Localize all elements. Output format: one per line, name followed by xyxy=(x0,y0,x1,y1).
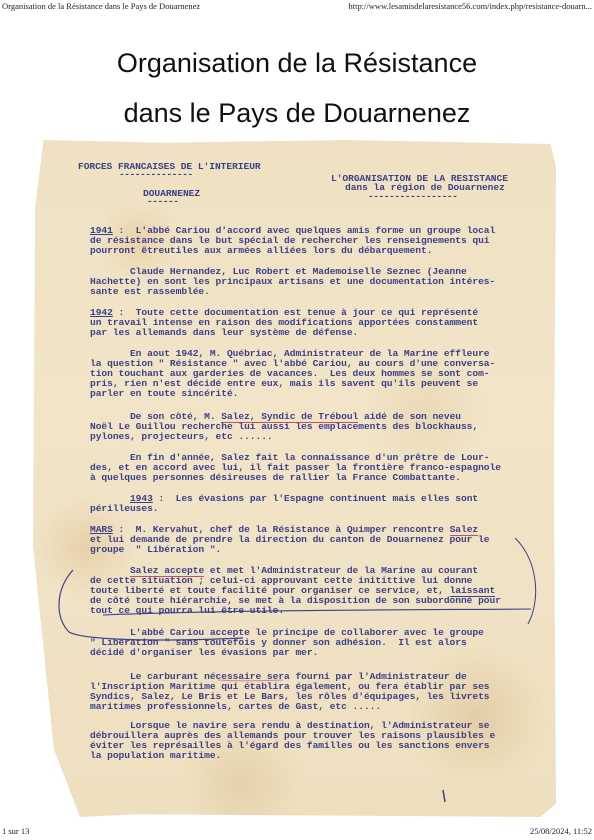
print-header-title: Organisation de la Résistance dans le Pa… xyxy=(2,1,200,11)
print-datetime: 25/08/2024, 11:52 xyxy=(530,826,592,836)
page-title-line-2: dans le Pays de Douarnenez xyxy=(0,98,594,129)
print-header: Organisation de la Résistance dans le Pa… xyxy=(0,0,594,12)
left-bracket-annotation xyxy=(59,570,243,640)
scanned-document: FORCES FRANCAISES DE L'INTERIEUR -------… xyxy=(33,140,556,817)
handwritten-annotations xyxy=(33,140,556,817)
page-number: 1 sur 13 xyxy=(2,826,29,836)
page-title-line-1: Organisation de la Résistance xyxy=(0,48,594,79)
underline-hierarchie xyxy=(103,609,531,615)
print-header-url[interactable]: http://www.lesamisdelaresistance56.com/i… xyxy=(348,1,592,11)
print-footer: 1 sur 13 25/08/2024, 11:52 xyxy=(0,826,594,838)
red-mark-professionnels xyxy=(218,680,283,681)
right-bracket-annotation xyxy=(515,538,536,624)
ink-mark xyxy=(443,790,445,802)
